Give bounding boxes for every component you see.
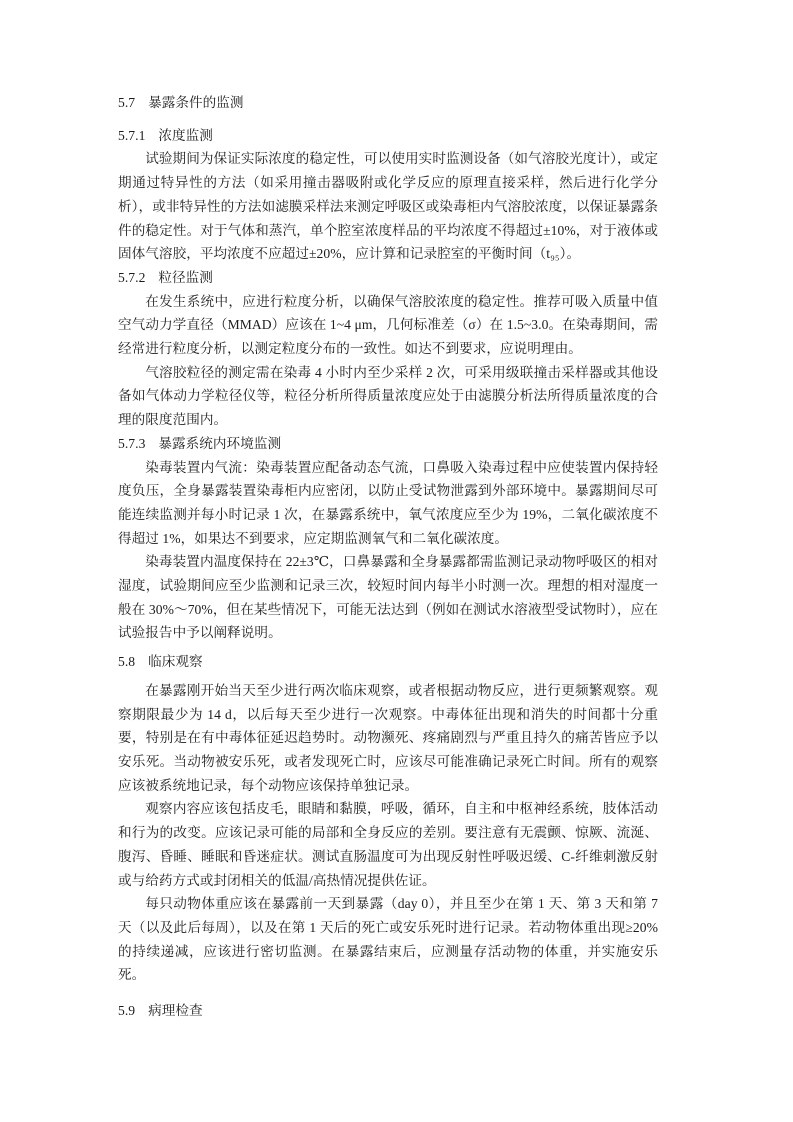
paragraph-body-weight: 每只动物体重应该在暴露前一天到暴露（day 0），并且至少在第 1 天、第 3 … <box>118 892 658 987</box>
paragraph-chamber-airflow: 染毒装置内气流：染毒装置应配备动态气流，口鼻吸入染毒过程中应使装置内保持轻度负压… <box>118 456 658 551</box>
subsection-title: 浓度监测 <box>158 128 213 143</box>
section-heading-5-8: 5.8临床观察 <box>118 650 658 674</box>
section-title: 病理检查 <box>148 1003 203 1018</box>
subsection-number: 5.7.3 <box>118 432 145 456</box>
section-heading-5-7: 5.7暴露条件的监测 <box>118 91 658 115</box>
paragraph-particle-size-analysis: 在发生系统中，应进行粒度分析，以确保气溶胶浓度的稳定性。推荐可吸入质量中值空气动… <box>118 290 658 361</box>
subsection-title: 暴露系统内环境监测 <box>158 436 281 451</box>
paragraph-concentration-monitoring: 试验期间为保证实际浓度的稳定性，可以使用实时监测设备（如气溶胶光度计），或定期通… <box>118 147 658 266</box>
paragraph-observation-content: 观察内容应该包括皮毛，眼睛和黏膜，呼吸，循环，自主和中枢神经系统，肢体活动和行为… <box>118 797 658 892</box>
paragraph-clinical-observation: 在暴露刚开始当天至少进行两次临床观察，或者根据动物反应，进行更频繁观察。观察期限… <box>118 679 658 798</box>
subsection-number: 5.7.1 <box>118 124 145 148</box>
section-number: 5.7 <box>118 91 135 115</box>
section-number: 5.9 <box>118 999 135 1023</box>
section-number: 5.8 <box>118 650 135 674</box>
section-title: 临床观察 <box>148 654 203 669</box>
subsection-number: 5.7.2 <box>118 266 145 290</box>
subsection-heading-5-7-3: 5.7.3暴露系统内环境监测 <box>118 432 658 456</box>
subsection-heading-5-7-2: 5.7.2粒径监测 <box>118 266 658 290</box>
document-page: 5.7暴露条件的监测 5.7.1浓度监测 试验期间为保证实际浓度的稳定性，可以使… <box>0 0 793 1122</box>
paragraph-aerosol-sampling: 气溶胶粒径的测定需在染毒 4 小时内至少采样 2 次，可采用级联撞击采样器或其他… <box>118 361 658 432</box>
subsection-title: 粒径监测 <box>158 270 213 285</box>
document-body: 5.7暴露条件的监测 5.7.1浓度监测 试验期间为保证实际浓度的稳定性，可以使… <box>118 91 658 1023</box>
paragraph-temperature-humidity: 染毒装置内温度保持在 22±3℃，口鼻暴露和全身暴露都需监测记录动物呼吸区的相对… <box>118 550 658 645</box>
section-heading-5-9: 5.9病理检查 <box>118 999 658 1023</box>
section-title: 暴露条件的监测 <box>148 95 244 110</box>
subsection-heading-5-7-1: 5.7.1浓度监测 <box>118 124 658 148</box>
